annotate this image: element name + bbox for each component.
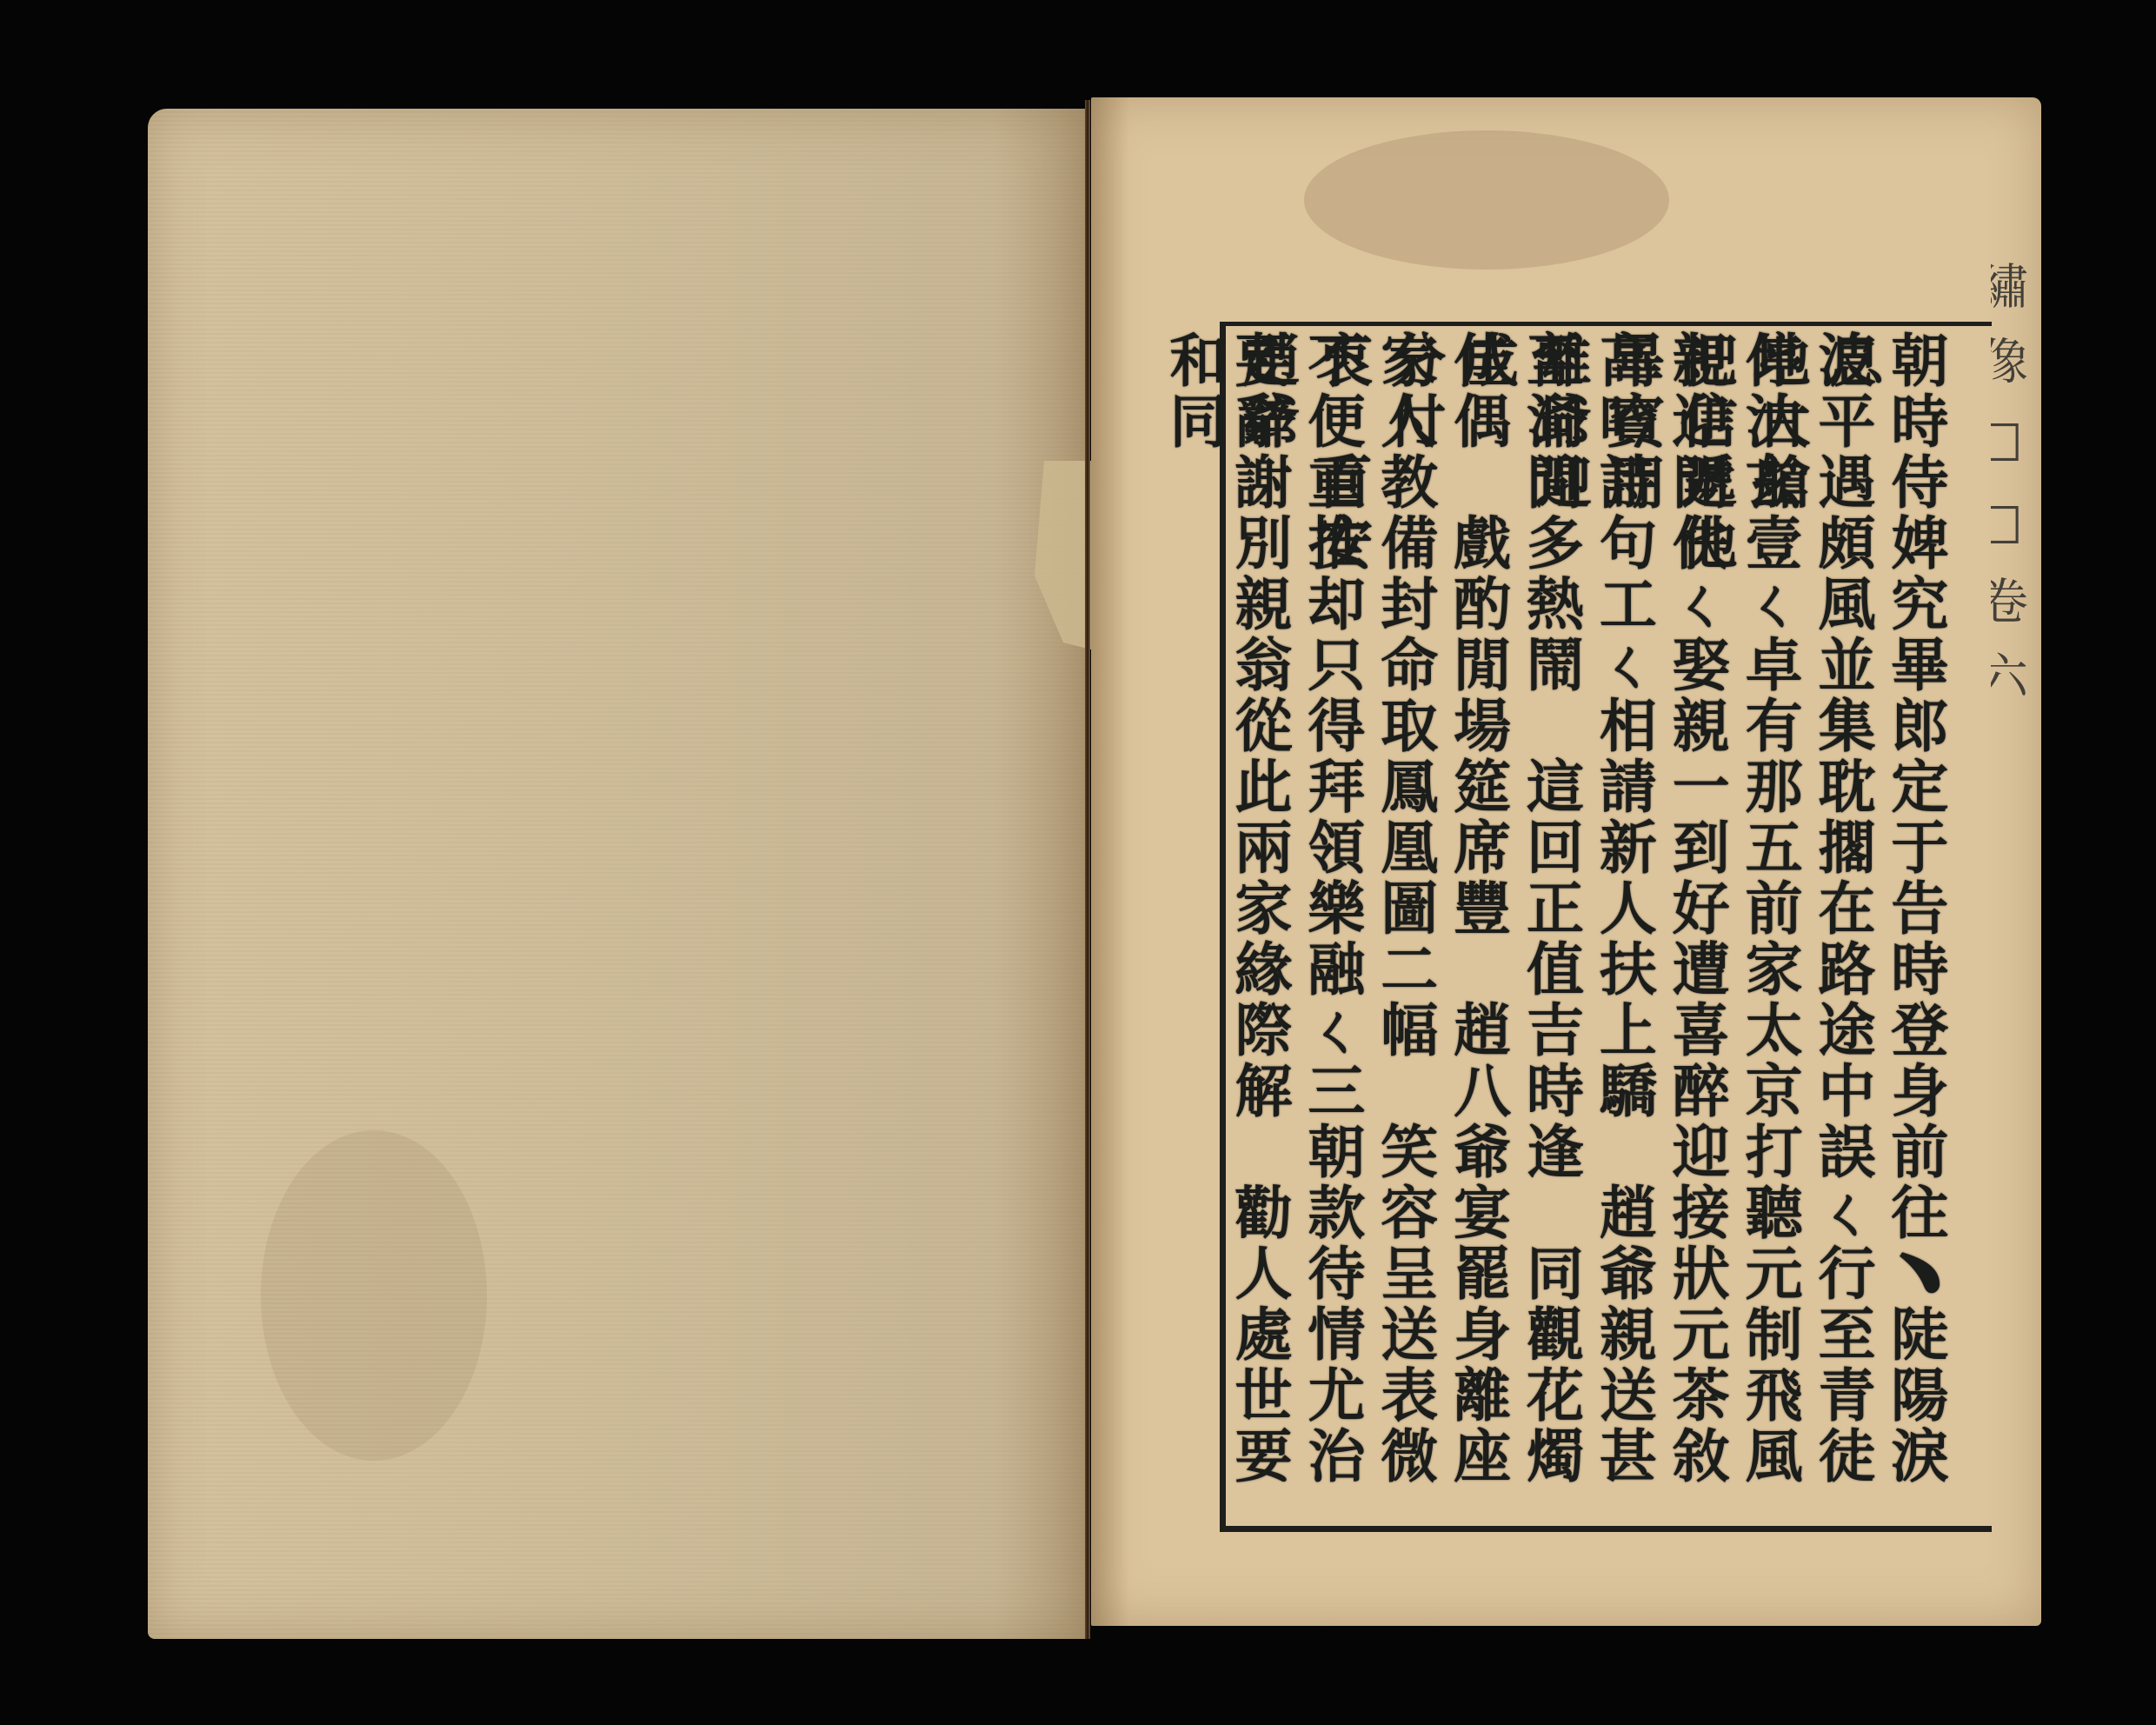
paper-stain xyxy=(1304,130,1669,270)
margin-title: 繡像□□卷六 xyxy=(1991,261,2034,1000)
paper-stain xyxy=(261,1130,487,1461)
text-column-1: 朝時侍婢究畢郎定于告時登身前往﹅陡陽淚息 xyxy=(1882,330,1947,1526)
text-columns: 朝時侍婢究畢郎定于告時登身前往﹅陡陽淚息 波平遇頗風並集耽擱在路途中誤ㄑ行至青徒… xyxy=(1226,330,1947,1526)
text-column-10: 要辭謝別親翁從此兩家緣際解 勸人處世要和同 xyxy=(1226,330,1291,1526)
left-page-blank xyxy=(148,109,1087,1639)
book-gutter xyxy=(1085,100,1090,1639)
text-column-8: 家人教備封命取鳳凰圖二幅 笑容呈送表微衷 百安 xyxy=(1372,330,1437,1526)
text-column-2: 波平遇頗風並集耽擱在路途中誤ㄑ行至青徒地大艙 xyxy=(1809,330,1874,1526)
text-column-7: 佳偶 戲酌閒場筵席豐 趙八爺宴罷身離座分付 xyxy=(1445,330,1510,1526)
